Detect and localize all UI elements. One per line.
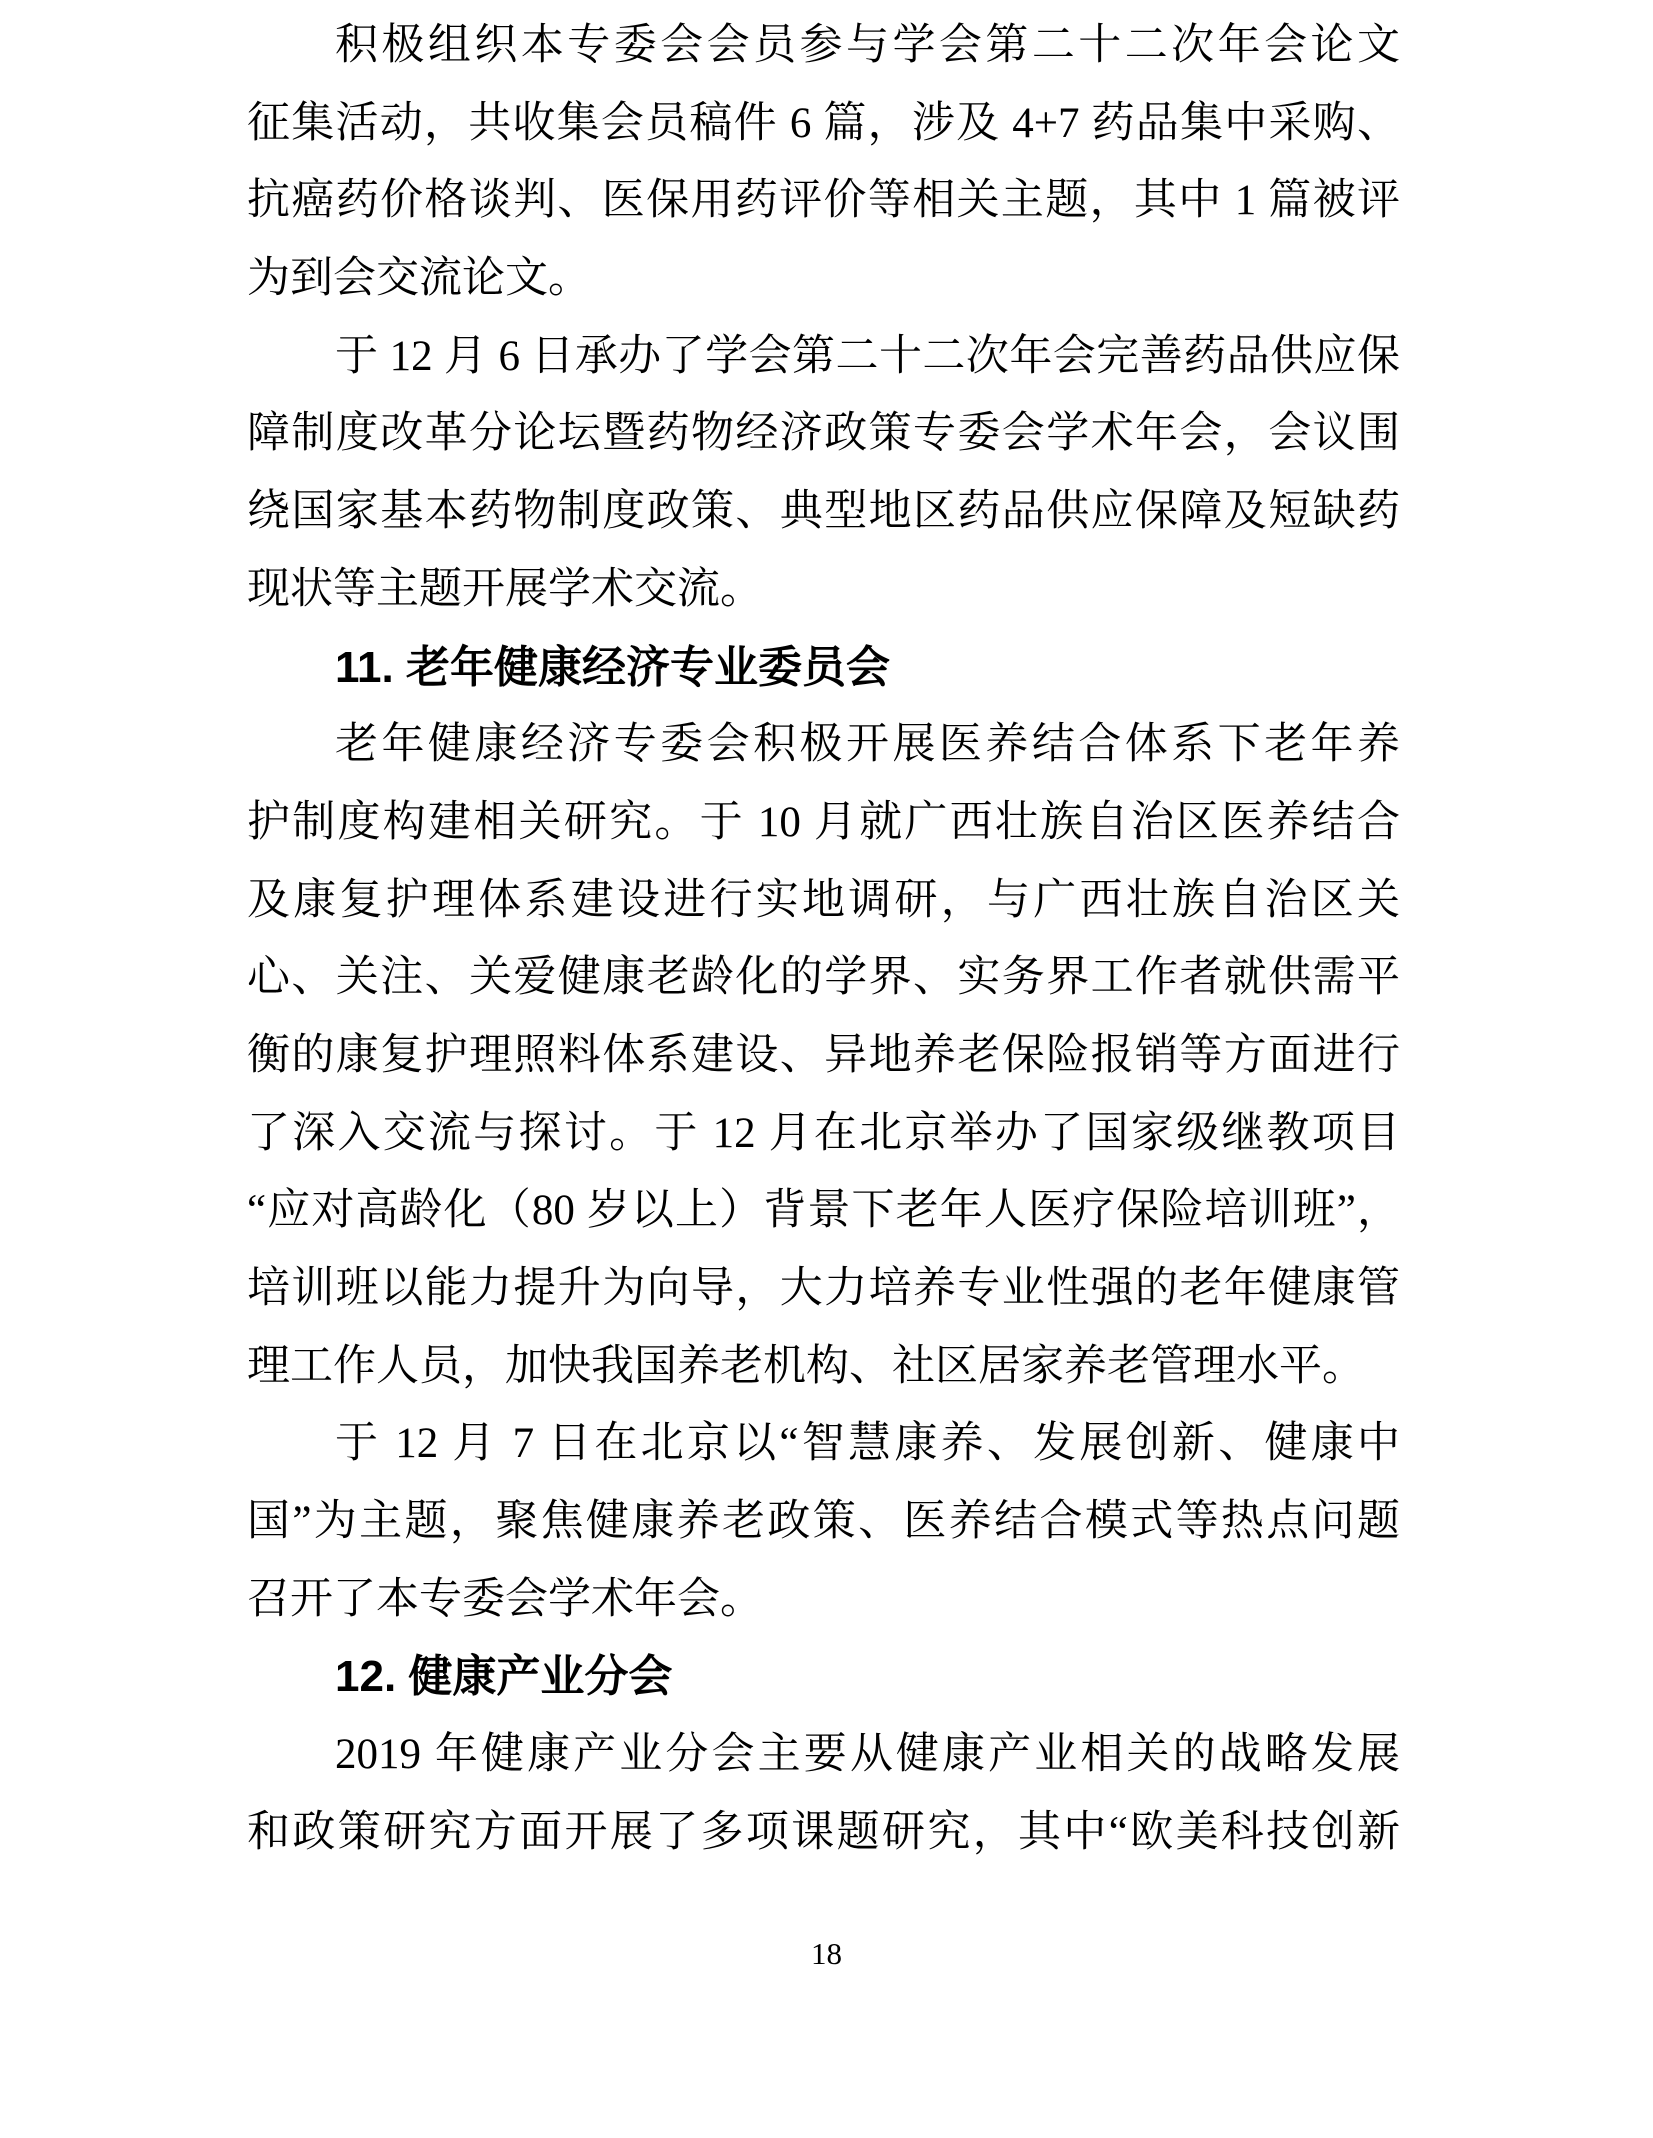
- document-body: 积极组织本专委会会员参与学会第二十二次年会论文征集活动，共收集会员稿件 6 篇，…: [247, 7, 1400, 1872]
- text-line: 绕国家基本药物制度政策、典型地区药品供应保障及短缺药: [247, 473, 1400, 551]
- text-line: 国”为主题，聚焦健康养老政策、医养结合模式等热点问题: [247, 1483, 1400, 1561]
- text-line: 为到会交流论文。: [247, 240, 1400, 318]
- page-number: 18: [0, 1936, 1653, 1972]
- paragraph-elderly-committee-research: 老年健康经济专委会积极开展医养结合体系下老年养护制度构建相关研究。于 10 月就…: [247, 706, 1400, 1405]
- text-line: 于 12 月 6 日承办了学会第二十二次年会完善药品供应保: [247, 318, 1400, 396]
- section-heading-text: 11. 老年健康经济专业委员会: [247, 629, 1400, 707]
- text-line: 心、关注、关爱健康老龄化的学界、实务界工作者就供需平: [247, 939, 1400, 1017]
- text-line: 现状等主题开展学术交流。: [247, 551, 1400, 629]
- text-line: 于 12 月 7 日在北京以“智慧康养、发展创新、健康中: [247, 1405, 1400, 1483]
- paragraph-december-6-forum: 于 12 月 6 日承办了学会第二十二次年会完善药品供应保障制度改革分论坛暨药物…: [247, 318, 1400, 629]
- paragraph-annual-meeting-paper-collection: 积极组织本专委会会员参与学会第二十二次年会论文征集活动，共收集会员稿件 6 篇，…: [247, 7, 1400, 318]
- text-line: “应对高龄化（80 岁以上）背景下老年人医疗保险培训班”，: [247, 1172, 1400, 1250]
- text-line: 和政策研究方面开展了多项课题研究，其中“欧美科技创新: [247, 1794, 1400, 1872]
- paragraph-health-industry-2019: 2019 年健康产业分会主要从健康产业相关的战略发展和政策研究方面开展了多项课题…: [247, 1716, 1400, 1871]
- text-line: 培训班以能力提升为向导，大力培养专业性强的老年健康管: [247, 1250, 1400, 1328]
- text-line: 抗癌药价格谈判、医保用药评价等相关主题，其中 1 篇被评: [247, 162, 1400, 240]
- heading-11-elderly-health-economics-committee: 11. 老年健康经济专业委员会: [247, 629, 1400, 707]
- text-line: 理工作人员，加快我国养老机构、社区居家养老管理水平。: [247, 1328, 1400, 1406]
- text-line: 召开了本专委会学术年会。: [247, 1561, 1400, 1639]
- document-page: 积极组织本专委会会员参与学会第二十二次年会论文征集活动，共收集会员稿件 6 篇，…: [0, 0, 1653, 2138]
- text-line: 护制度构建相关研究。于 10 月就广西壮族自治区医养结合: [247, 784, 1400, 862]
- text-line: 老年健康经济专委会积极开展医养结合体系下老年养: [247, 706, 1400, 784]
- text-line: 衡的康复护理照料体系建设、异地养老保险报销等方面进行: [247, 1017, 1400, 1095]
- text-line: 了深入交流与探讨。于 12 月在北京举办了国家级继教项目: [247, 1095, 1400, 1173]
- text-line: 2019 年健康产业分会主要从健康产业相关的战略发展: [247, 1716, 1400, 1794]
- text-line: 及康复护理体系建设进行实地调研，与广西壮族自治区关: [247, 862, 1400, 940]
- paragraph-december-7-annual-meeting: 于 12 月 7 日在北京以“智慧康养、发展创新、健康中国”为主题，聚焦健康养老…: [247, 1405, 1400, 1638]
- text-line: 征集活动，共收集会员稿件 6 篇，涉及 4+7 药品集中采购、: [247, 85, 1400, 163]
- text-line: 障制度改革分论坛暨药物经济政策专委会学术年会，会议围: [247, 395, 1400, 473]
- heading-12-health-industry-branch: 12. 健康产业分会: [247, 1638, 1400, 1716]
- text-line: 积极组织本专委会会员参与学会第二十二次年会论文: [247, 7, 1400, 85]
- section-heading-text: 12. 健康产业分会: [247, 1638, 1400, 1716]
